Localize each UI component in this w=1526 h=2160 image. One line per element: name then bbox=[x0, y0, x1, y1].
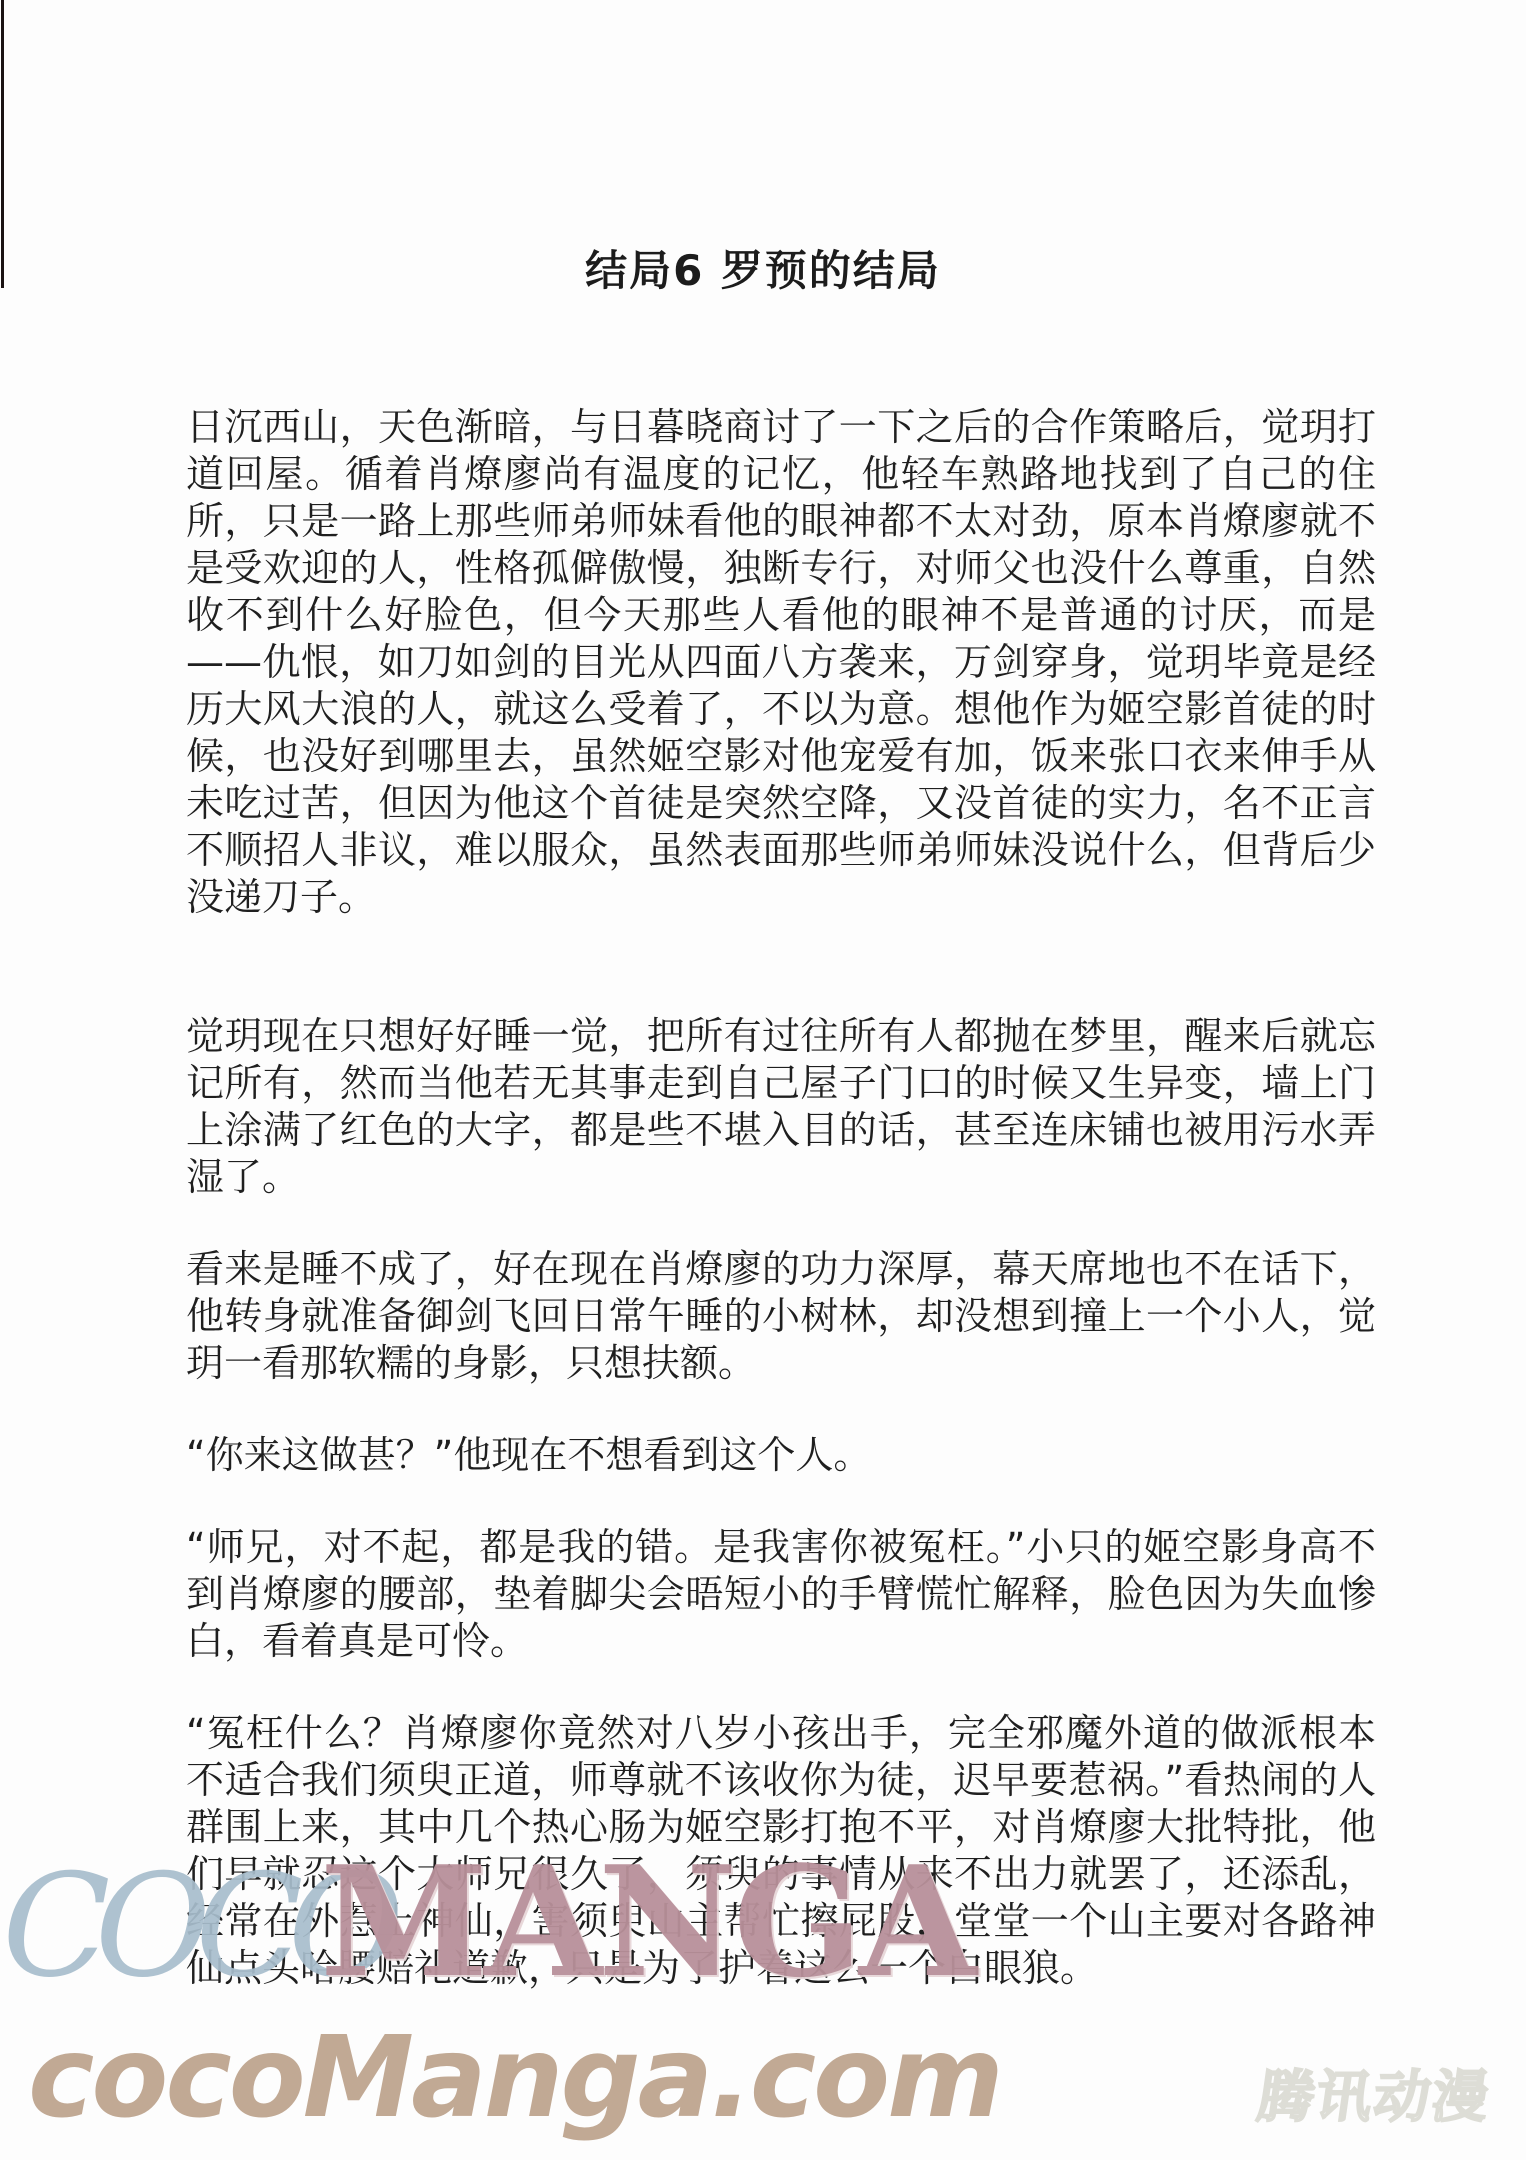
paragraph-3: 看来是睡不成了，好在现在肖燎廖的功力深厚，幕天席地也不在话下，他转身就准备御剑飞… bbox=[186, 1246, 1376, 1387]
chapter-text: 日沉西山，天色渐暗，与日暮晓商讨了一下之后的合作策略后，觉玥打道回屋。循着肖燎廖… bbox=[186, 404, 1376, 2037]
tencent-comics-logo: 腾讯动漫 bbox=[1254, 2070, 1494, 2126]
paragraph-4: “你来这做甚？”他现在不想看到这个人。 bbox=[186, 1432, 1376, 1479]
paragraph-2: 觉玥现在只想好好睡一觉，把所有过往所有人都抛在梦里，醒来后就忘记所有，然而当他若… bbox=[186, 1013, 1376, 1201]
paragraph-1: 日沉西山，天色渐暗，与日暮晓商讨了一下之后的合作策略后，觉玥打道回屋。循着肖燎廖… bbox=[186, 404, 1376, 921]
novel-page: 结局6 罗预的结局 日沉西山，天色渐暗，与日暮晓商讨了一下之后的合作策略后，觉玥… bbox=[0, 0, 1526, 2160]
chapter-title: 结局6 罗预的结局 bbox=[0, 238, 1526, 298]
watermark-site-url: cocoManga.com bbox=[28, 2022, 1001, 2134]
watermark-manga: MANGA bbox=[320, 1846, 973, 1998]
paragraph-5: “师兄，对不起，都是我的错。是我害你被冤枉。”小只的姬空影身高不到肖燎廖的腰部，… bbox=[186, 1524, 1376, 1665]
